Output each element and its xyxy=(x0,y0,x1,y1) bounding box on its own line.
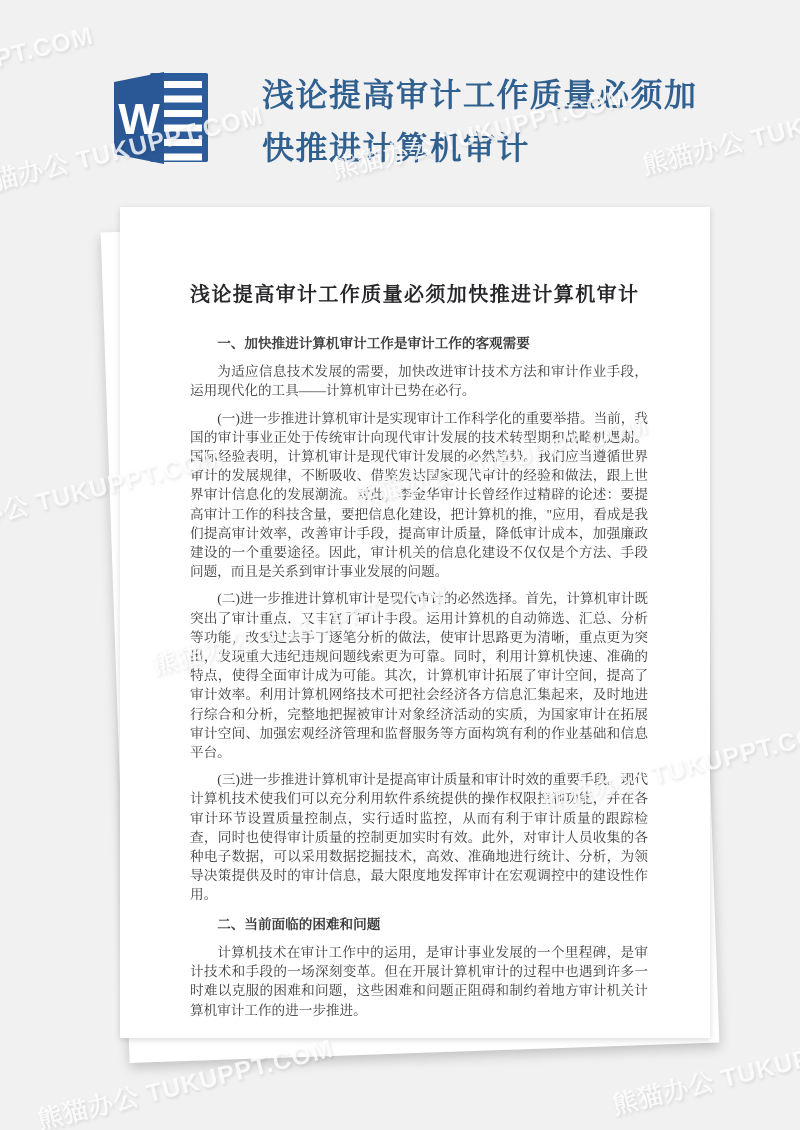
doc-section-heading-1: 一、加快推进计算机审计工作是审计工作的客观需要 xyxy=(190,334,648,353)
word-icon-graphic: W xyxy=(108,68,212,168)
doc-section-heading-2: 二、当前面临的困难和问题 xyxy=(190,915,648,934)
doc-paragraph: 计算机技术在审计工作中的运用，是审计事业发展的一个里程碑，是审计技术和手段的一场… xyxy=(190,943,648,1020)
page-background: W 浅论提高审计工作质量必须加 快推进计算机审计 浅论提高审计工作质量必须加快推… xyxy=(0,0,800,1130)
header-title-line1: 浅论提高审计工作质量必须加 xyxy=(262,69,698,122)
word-file-icon: W xyxy=(108,68,212,168)
document-page: 浅论提高审计工作质量必须加快推进计算机审计 一、加快推进计算机审计工作是审计工作… xyxy=(120,207,710,1038)
doc-paragraph: (一)进一步推进计算机审计是实现审计工作科学化的重要举措。当前，我国的审计事业正… xyxy=(190,409,648,582)
word-icon-letter: W xyxy=(118,95,160,144)
header-doc-title: 浅论提高审计工作质量必须加 快推进计算机审计 xyxy=(262,69,698,175)
doc-title: 浅论提高审计工作质量必须加快推进计算机审计 xyxy=(190,280,648,310)
doc-paragraph: (三)进一步推进计算机审计是提高审计质量和审计时效的重要手段。现代计算机技术使我… xyxy=(190,770,648,904)
header-title-line2: 快推进计算机审计 xyxy=(262,122,698,175)
doc-paragraph: (二)进一步推进计算机审计是现代审计的必然选择。首先，计算机审计既突出了审计重点… xyxy=(190,589,648,762)
site-watermark: 熊猫办公 TUKUPPT.COM xyxy=(0,16,97,124)
doc-paragraph: 为适应信息技术发展的需要，加快改进审计技术方法和审计作业手段，运用现代化的工具—… xyxy=(190,362,648,400)
